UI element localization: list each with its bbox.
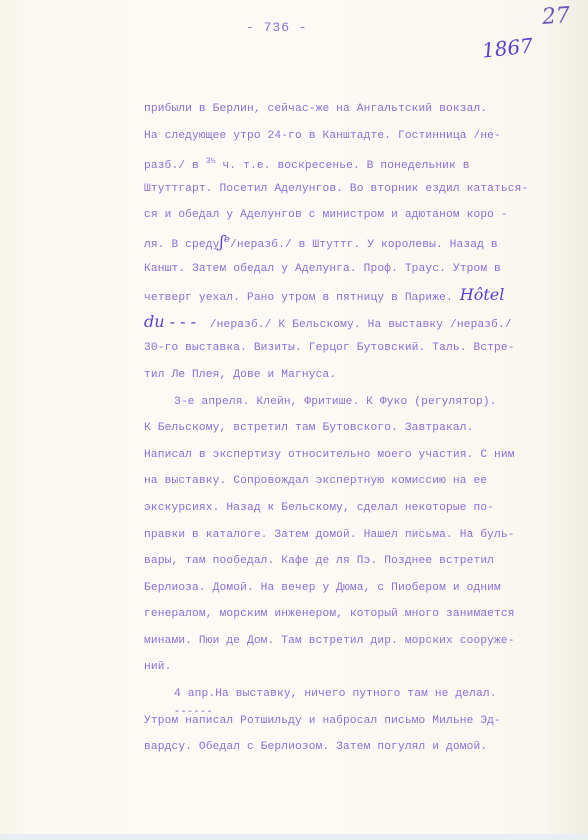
text-segment: вардсу. Обедал с Берлиозом. Затем погуля…: [144, 741, 487, 753]
text-line: минами. Пюи де Дом. Там встретил дир. мо…: [144, 628, 574, 655]
text-line: 30-го выставка. Визиты. Герцог Бутовский…: [144, 335, 574, 362]
text-segment: вары, там пообедал. Кафе де ля Пэ. Поздн…: [144, 555, 494, 567]
text-segment: ний.: [144, 661, 171, 673]
text-segment: К Бельскому, встретил там Бутовского. За…: [144, 422, 473, 434]
text-line: du - - - /неразб./ К Бельскому. На выста…: [144, 309, 574, 336]
handwritten-correction: ʃᵉ: [220, 232, 231, 251]
text-line: разб./ в 3½ ч. т.е. воскресенье. В понед…: [144, 149, 574, 176]
handwritten-insertion: Hôtel: [460, 285, 505, 304]
text-segment: ся и обедал у Аделунгов с министром и ад…: [144, 209, 508, 221]
text-segment: Написал в экспертизу относительно моего …: [144, 449, 515, 461]
text-segment: /неразб./ в Штуттг. У королевы. Назад в: [230, 239, 498, 251]
text-segment: минами. Пюи де Дом. Там встретил дир. мо…: [144, 635, 515, 647]
text-line: К Бельскому, встретил там Бутовского. За…: [144, 415, 574, 442]
text-line: тил Ле Плея, Дове и Магнуса.: [144, 362, 574, 389]
text-segment: четверг уехал. Рано утром в пятницу в Па…: [144, 292, 460, 304]
text-segment: 3-е апреля. Клейн, Фритише. К Фуко (регу…: [174, 396, 497, 408]
text-line: правки в каталоге. Затем домой. Нашел пи…: [144, 522, 574, 549]
text-segment: 30-го выставка. Визиты. Герцог Бутовский…: [144, 342, 515, 354]
text-line: на выставку. Сопровождал экспертную коми…: [144, 468, 574, 495]
underlined-date: 4 апр.: [174, 688, 215, 700]
text-segment: ля. В среду: [144, 239, 220, 251]
text-line: Берлиоза. Домой. На вечер у Дюма, с Пиоб…: [144, 575, 574, 602]
text-line: генералом, морским инженером, который мн…: [144, 601, 574, 628]
page-number: - 736 -: [246, 20, 308, 35]
text-line: ся и обедал у Аделунгов с министром и ад…: [144, 202, 574, 229]
text-segment: прибыли в Берлин, сейчас-же на Ангальтск…: [144, 103, 487, 115]
text-segment: разб./ в: [144, 160, 206, 172]
text-line: вардсу. Обедал с Берлиозом. Затем погуля…: [144, 734, 574, 761]
text-segment: Берлиоза. Домой. На вечер у Дюма, с Пиоб…: [144, 582, 501, 594]
text-line: 4 апр.На выставку, ничего путного там не…: [144, 681, 574, 708]
text-line: ний.: [144, 654, 574, 681]
text-segment: На следующее утро 24-го в Канштадте. Гос…: [144, 130, 501, 142]
text-segment: генералом, морским инженером, который мн…: [144, 608, 515, 620]
text-segment: тил Ле Плея, Дове и Магнуса.: [144, 369, 336, 381]
text-line: четверг уехал. Рано утром в пятницу в Па…: [144, 282, 574, 309]
text-line: ля. В средуʃᵉ/неразб./ в Штуттг. У корол…: [144, 229, 574, 256]
text-segment: /неразб./ К Бельскому. На выставку /нера…: [196, 319, 512, 331]
handwritten-insertion: du - - -: [144, 312, 196, 331]
text-segment: На выставку, ничего путного там не делал…: [215, 688, 496, 700]
text-segment: на выставку. Сопровождал экспертную коми…: [144, 475, 487, 487]
scan-edge: [0, 834, 588, 840]
text-line: Каншт. Затем обедал у Аделунга. Проф. Тр…: [144, 256, 574, 283]
text-segment: Штуттгарт. Посетил Аделунгов. Во вторник…: [144, 183, 528, 195]
text-line: 3-е апреля. Клейн, Фритише. К Фуко (регу…: [144, 389, 574, 416]
text-line: Штуттгарт. Посетил Аделунгов. Во вторник…: [144, 176, 574, 203]
text-line: Написал в экспертизу относительно моего …: [144, 442, 574, 469]
text-segment: экскурсиях. Назад к Бельскому, сделал не…: [144, 502, 494, 514]
text-line: прибыли в Берлин, сейчас-же на Ангальтск…: [144, 96, 574, 123]
superscript-fraction: 3½: [206, 157, 216, 166]
text-line: экскурсиях. Назад к Бельскому, сделал не…: [144, 495, 574, 522]
text-line: вары, там пообедал. Кафе де ля Пэ. Поздн…: [144, 548, 574, 575]
text-segment: правки в каталоге. Затем домой. Нашел пи…: [144, 529, 515, 541]
text-line: На следующее утро 24-го в Канштадте. Гос…: [144, 123, 574, 150]
text-segment: ч. т.е. воскресенье. В понедельник в: [216, 160, 470, 172]
typewritten-text: прибыли в Берлин, сейчас-же на Ангальтск…: [144, 96, 574, 761]
handwritten-folio-number: 27: [541, 3, 571, 30]
text-segment: Каншт. Затем обедал у Аделунга. Проф. Тр…: [144, 263, 501, 275]
